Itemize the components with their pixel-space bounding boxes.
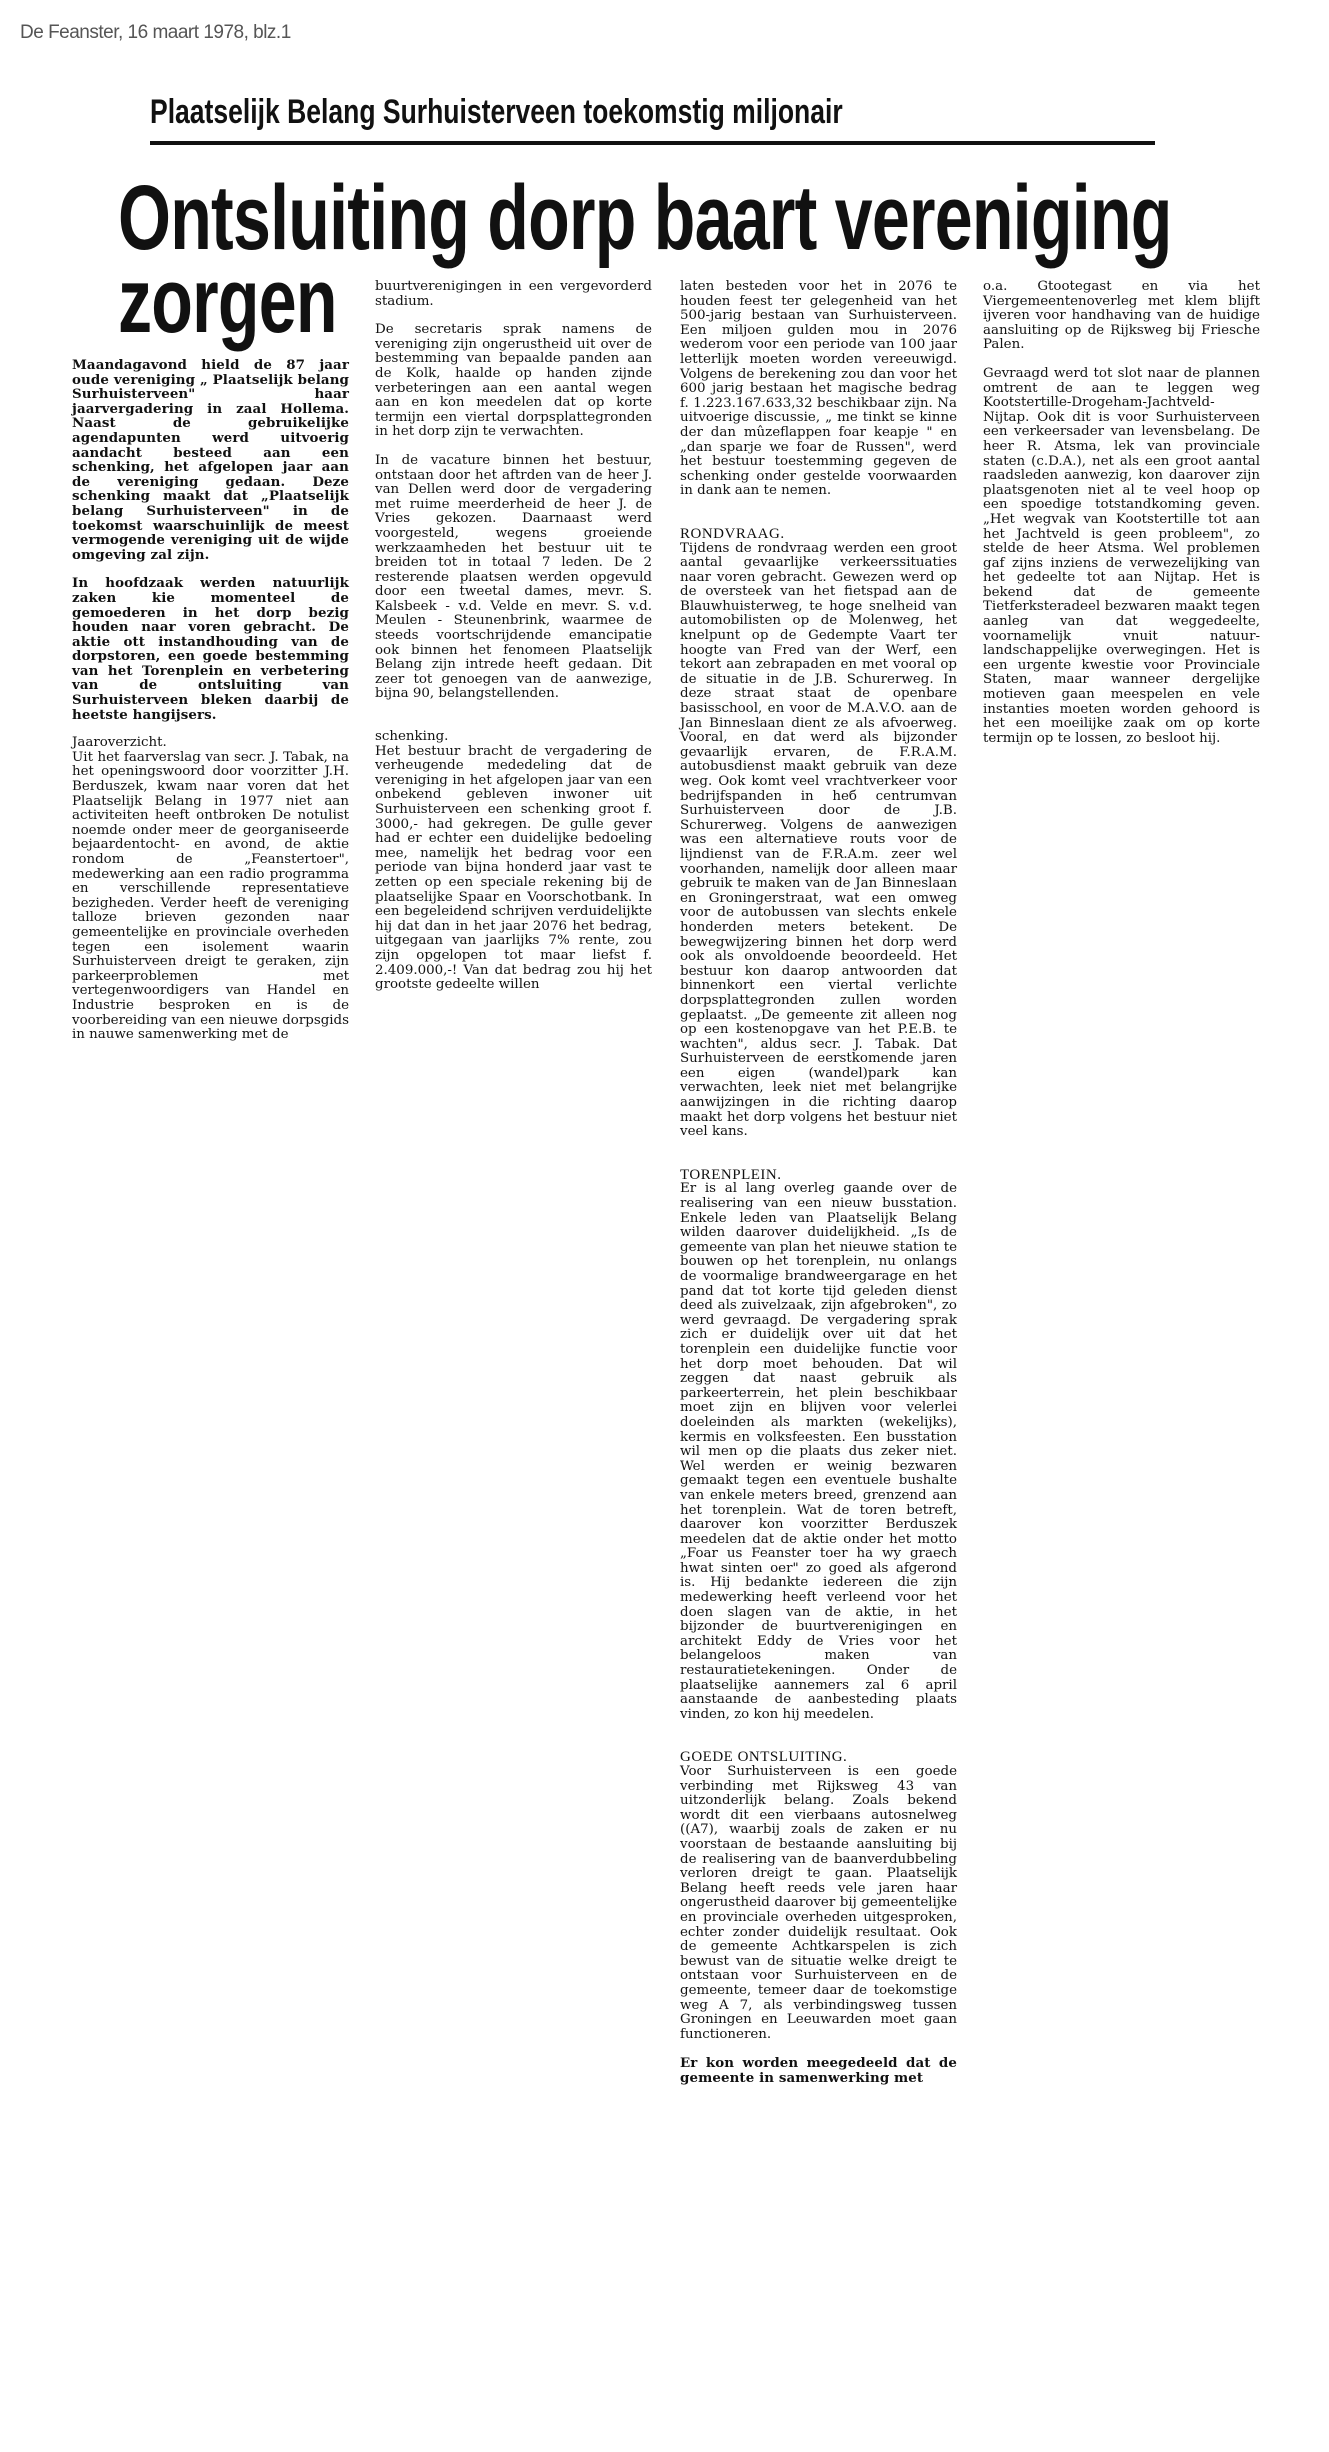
body-paragraph: In de vacature binnen het bestuur, ontst… bbox=[375, 454, 652, 702]
section-heading-jaaroverzicht: Jaaroverzicht. bbox=[72, 736, 349, 751]
lead-paragraph: Maandagavond hield de 87 jaar oude veren… bbox=[72, 358, 349, 562]
body-paragraph: Voor Surhuisterveen is een goede verbind… bbox=[680, 1765, 957, 2042]
article-column-3: laten besteden voor het in 2076 te houde… bbox=[680, 280, 957, 2099]
body-paragraph: Uit het faarverslag van secr. J. Tabak, … bbox=[72, 751, 349, 1043]
body-paragraph: Het bestuur bracht de vergadering de ver… bbox=[375, 745, 652, 993]
body-paragraph: De secretaris sprak namens de vereniging… bbox=[375, 323, 652, 440]
body-paragraph: Tijdens de rondvraag werden een groot aa… bbox=[680, 542, 957, 1140]
article-column-1: Maandagavond hield de 87 jaar oude veren… bbox=[72, 358, 349, 1057]
intro-paragraph: In hoofdzaak werden natuurlijk zaken kie… bbox=[72, 576, 349, 722]
body-paragraph: laten besteden voor het in 2076 te houde… bbox=[680, 280, 957, 499]
section-heading-torenplein: TORENPLEIN. bbox=[680, 1168, 957, 1183]
body-paragraph: o.a. Gtootegast en via het Viergemeenten… bbox=[983, 280, 1260, 353]
article-column-2: buurtverenigingen in een vergevorderd st… bbox=[375, 280, 652, 1007]
body-paragraph: Gevraagd werd tot slot naar de plannen o… bbox=[983, 367, 1260, 746]
article-headline-line-1: Ontsluiting dorp baart vereniging bbox=[118, 175, 1172, 261]
overline-underline-rule bbox=[150, 141, 1155, 145]
page-caption: De Feanster, 16 maart 1978, blz.1 bbox=[20, 22, 291, 44]
section-heading-goede-ontsluiting: GOEDE ONTSLUITING. bbox=[680, 1750, 957, 1765]
article-column-4: o.a. Gtootegast en via het Viergemeenten… bbox=[983, 280, 1260, 760]
article-headline-line-2: zorgen bbox=[118, 258, 337, 344]
section-heading-schenking: schenking. bbox=[375, 730, 652, 745]
section-heading-rondvraag: RONDVRAAG. bbox=[680, 527, 957, 542]
body-paragraph: Er is al lang overleg gaande over de rea… bbox=[680, 1182, 957, 1722]
body-paragraph: buurtverenigingen in een vergevorderd st… bbox=[375, 280, 652, 309]
article-overline: Plaatselijk Belang Surhuisterveen toekom… bbox=[150, 92, 934, 132]
body-paragraph: Er kon worden meegedeeld dat de gemeente… bbox=[680, 2056, 957, 2085]
